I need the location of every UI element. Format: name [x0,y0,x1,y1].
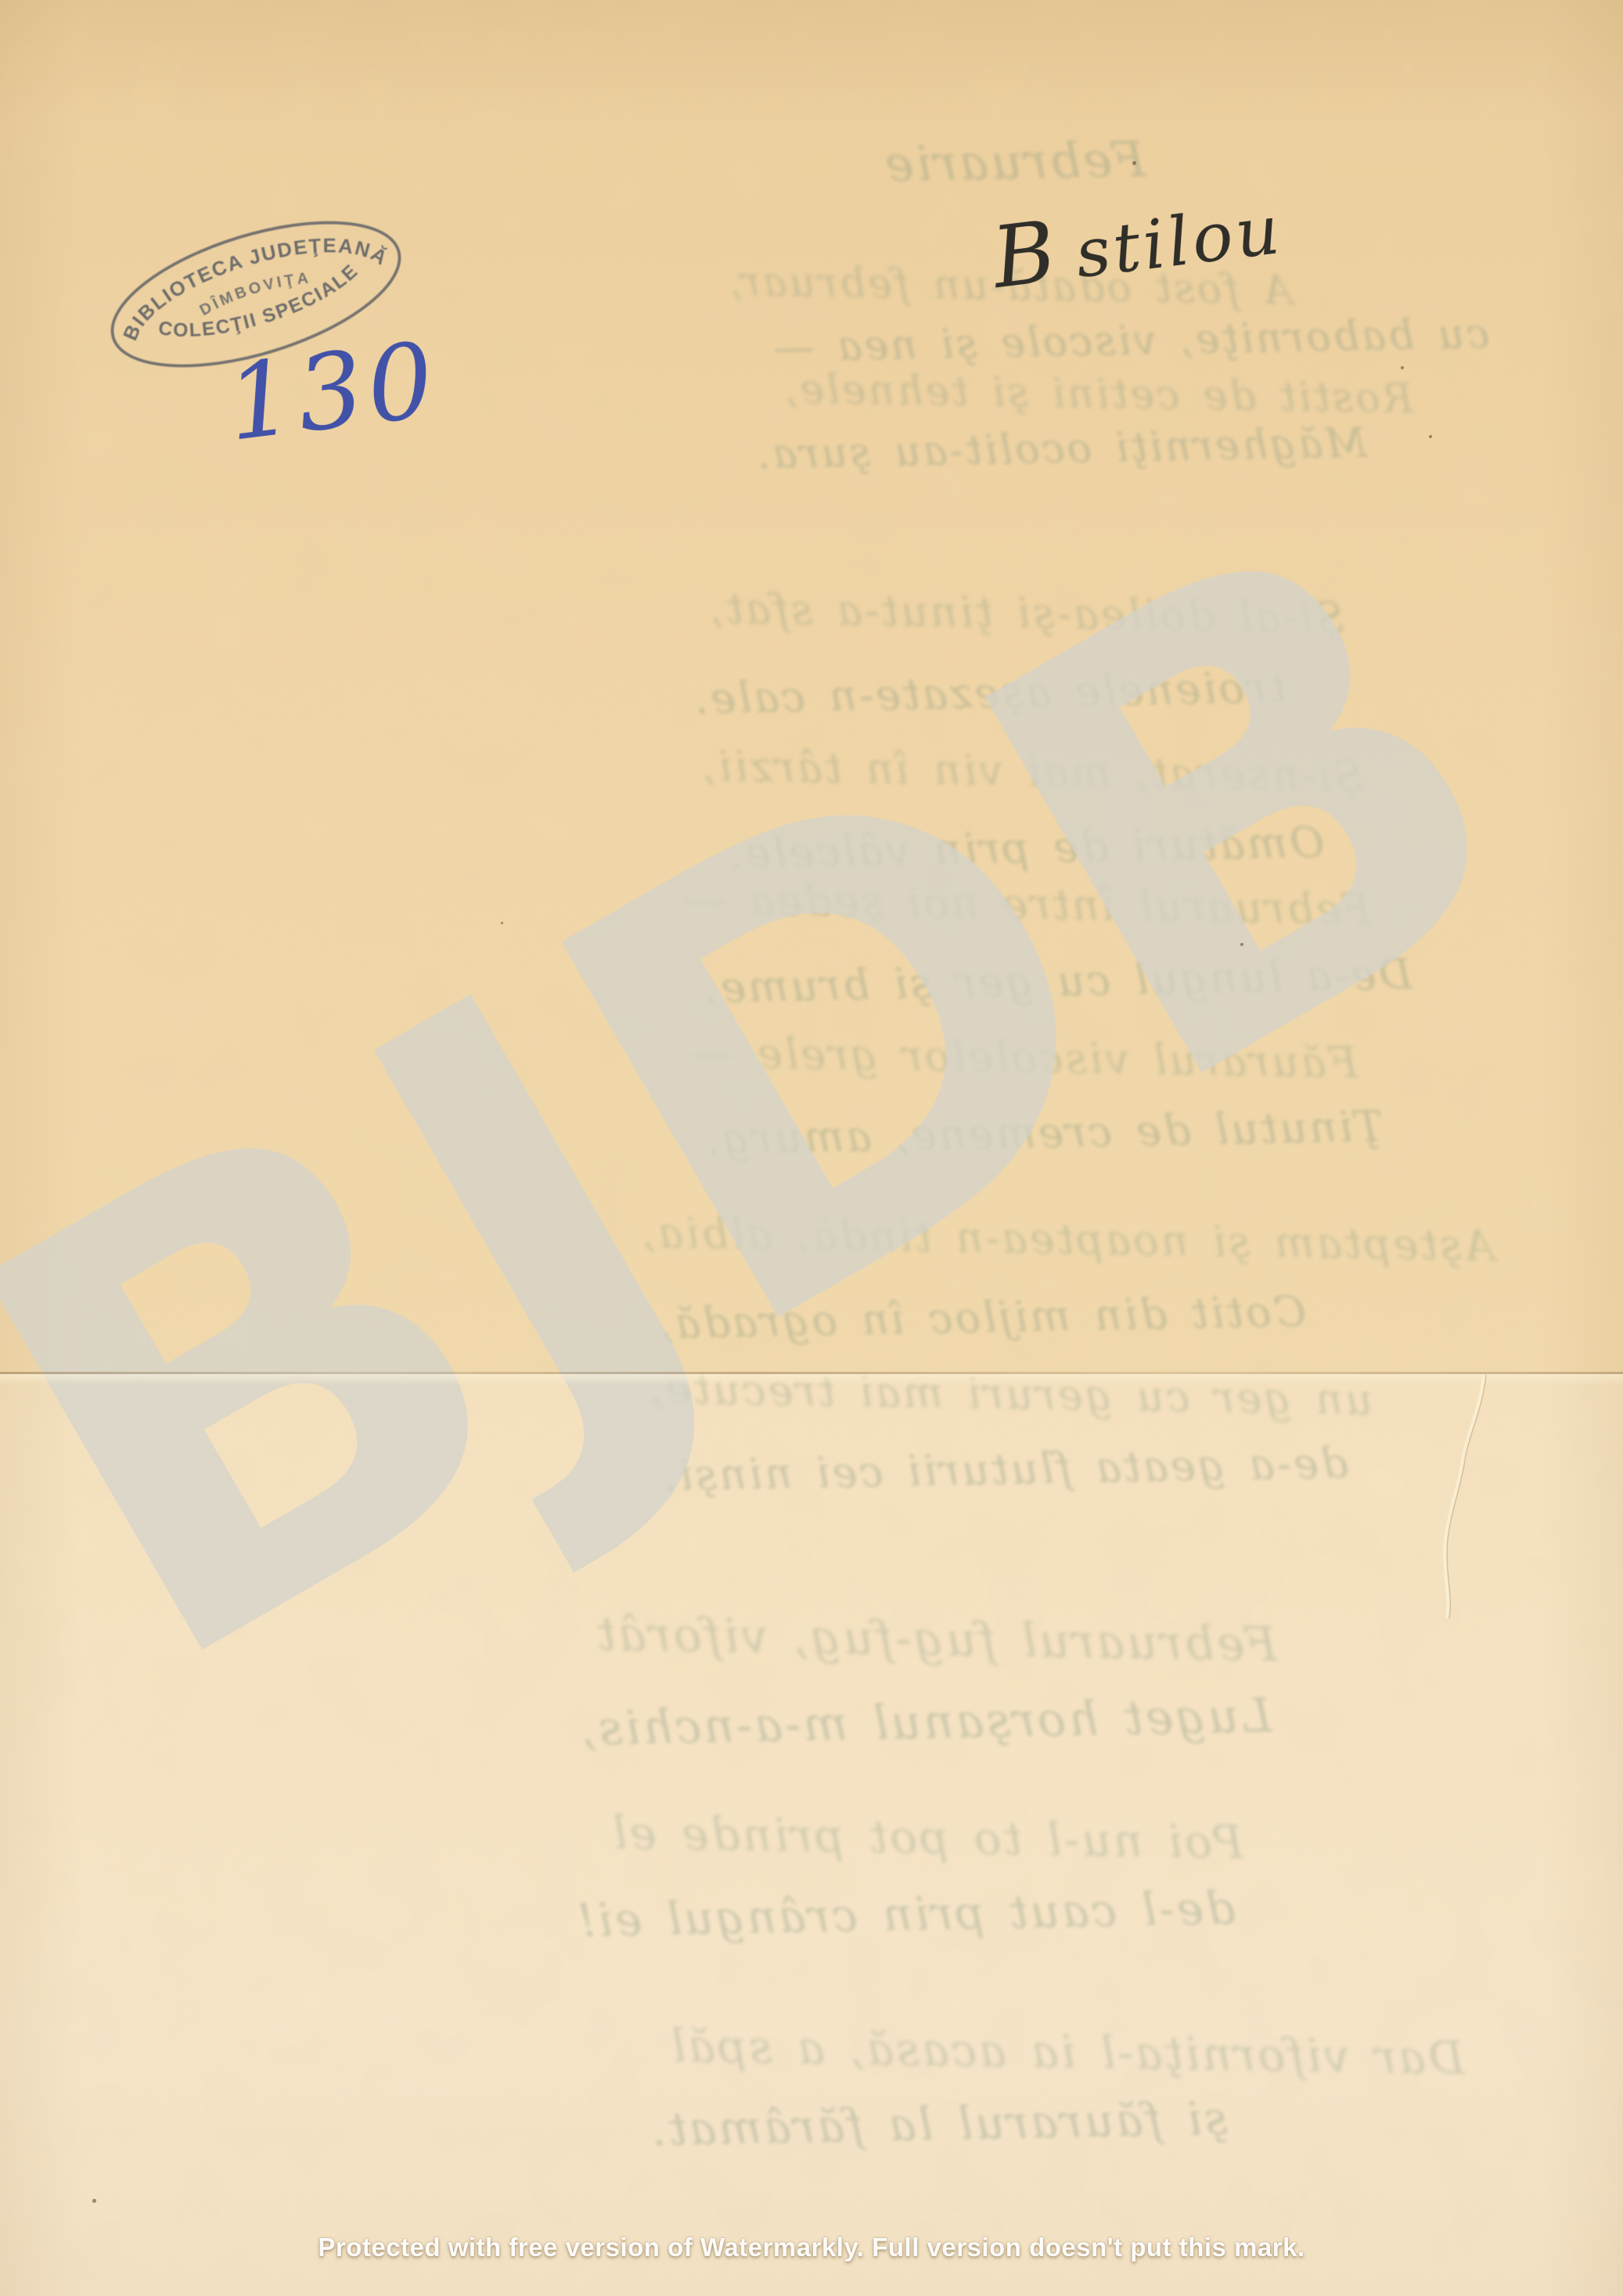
inventory-number: 130 [221,319,445,465]
bleedthrough-line: şi făurarul la fărâmat. [649,2092,1228,2156]
bleedthrough-line: Februarul fug-fug, viforât [595,1607,1278,1672]
bleedthrough-line: Luget horşanul m-a-nchis, [578,1689,1272,1757]
bleedthrough-line: Februarie [882,131,1146,193]
scanned-document-page: FebruarieA fost odată-un februar,cu babo… [0,0,1623,2296]
bleedthrough-line: Dar viforniţa-l ia acasă, a spăl [669,2019,1465,2085]
bleedthrough-line: Poi nu-l to pot prinde el [610,1806,1244,1870]
pen-annotation-initial: B [988,203,1061,308]
fold-crease-highlight [0,1374,1623,1385]
watermarkly-notice: Protected with free version of Watermark… [0,2233,1623,2262]
bleedthrough-line: cu baborniţe, viscole şi nea — [771,311,1490,372]
bleedthrough-line: de-l caut prin crângul ei! [574,1881,1235,1947]
bleedthrough-line: Rostit de cetini şi tehnele, [783,366,1414,423]
